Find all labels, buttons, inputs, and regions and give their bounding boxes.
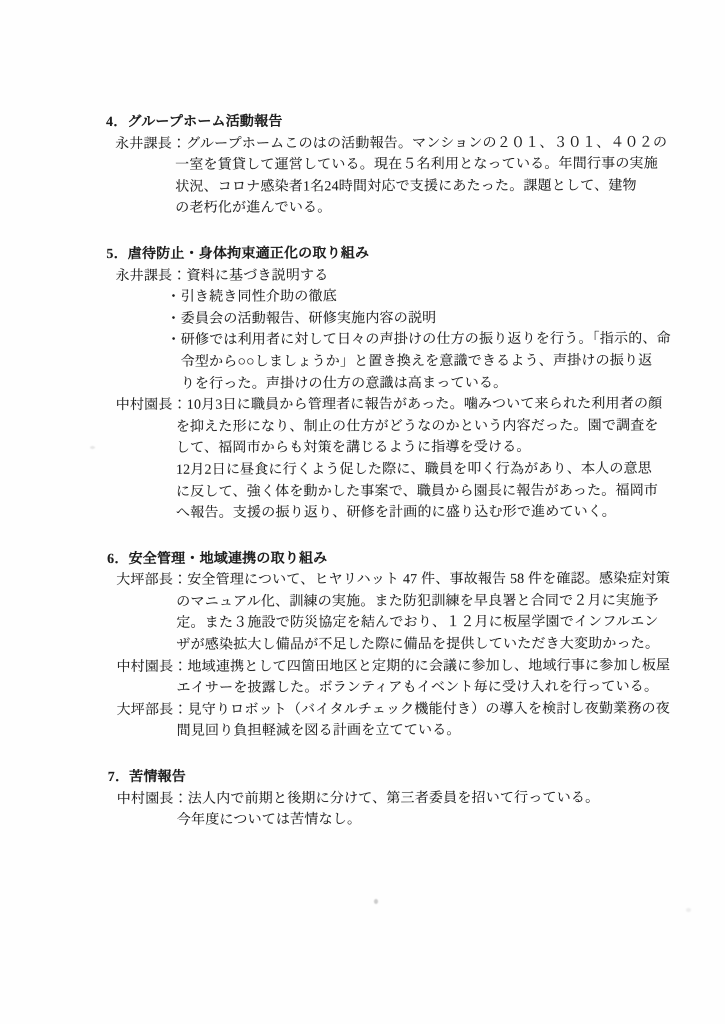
speaker-name: 大坪部長： bbox=[116, 573, 187, 588]
line-text: グループホームこのはの活動報告。マンションの２０１、３０１、４０２の bbox=[186, 135, 667, 151]
speaker-name: 中村園長： bbox=[116, 398, 187, 413]
continuation-line: 間見回り負担軽減を図る計画を立てている。 bbox=[117, 720, 687, 743]
section-heading: 5．虐待防止・身体拘束適正化の取り組み bbox=[106, 242, 685, 265]
continuation-line: 今年度については苦情なし。 bbox=[117, 809, 687, 832]
continuation-line: を抑えた形になり、制止の仕方がどうなのかという内容だった。園で調査を bbox=[116, 415, 686, 438]
continuation-line: 状況、コロナ感染者1名24時間対応で支援にあたった。課題として、建物 bbox=[115, 175, 685, 198]
document-page: 4．グループホーム活動報告永井課長：グループホームこのはの活動報告。マンションの… bbox=[0, 0, 725, 1024]
line-text: 10月3日に職員から管理者に報告があった。噛みついて来られた利用者の顔 bbox=[187, 397, 663, 413]
speaker-line: 中村園長：10月3日に職員から管理者に報告があった。噛みついて来られた利用者の顔 bbox=[116, 394, 686, 417]
speaker-line: 大坪部長：見守りロボット（バイタルチェック機能付き）の導入を検討し夜勤業務の夜 bbox=[117, 698, 687, 721]
section: 7．苦情報告中村園長：法人内で前期と後期に分けて、第三者委員を招いて行っている。… bbox=[108, 766, 687, 832]
section-heading: 4．グループホーム活動報告 bbox=[106, 110, 685, 133]
speaker-name: 永井課長： bbox=[115, 268, 186, 283]
section-heading: 6．安全管理・地域連携の取り組み bbox=[107, 547, 686, 570]
line-text: 安全管理について、ヒヤリハット 47 件、事故報告 58 件を確認。感染症対策 bbox=[187, 572, 670, 588]
scan-speck bbox=[686, 908, 691, 912]
bullet-icon: ・ bbox=[167, 312, 181, 327]
speaker-line: 永井課長：グループホームこのはの活動報告。マンションの２０１、３０１、４０２の bbox=[115, 132, 685, 155]
continuation-line: のマニュアル化、訓練の実施。また防犯訓練を早良署と合同で２月に実施予 bbox=[116, 590, 686, 613]
speaker-line: 中村園長：地域連携として四箇田地区と定期的に会議に参加し、地域行事に参加し板屋 bbox=[116, 655, 686, 678]
bullet-icon: ・ bbox=[166, 290, 180, 305]
continuation-line: 一室を賃貸して運営している。現在５名利用となっている。年間行事の実施 bbox=[115, 154, 685, 177]
continuation-line: に反して、強く体を動かした事案で、職員から園長に報告があった。福岡市 bbox=[116, 480, 686, 503]
continuation-line: して、福岡市からも対策を講じるように指導を受ける。 bbox=[116, 437, 686, 460]
section-heading: 7．苦情報告 bbox=[108, 766, 687, 789]
bullet-line: ・引き続き同性介助の徹底 bbox=[115, 286, 685, 309]
bullet-icon: ・ bbox=[167, 333, 181, 348]
minutes-content: 4．グループホーム活動報告永井課長：グループホームこのはの活動報告。マンションの… bbox=[106, 110, 687, 831]
line-text: 法人内で前期と後期に分けて、第三者委員を招いて行っている。 bbox=[188, 790, 600, 806]
line-text: 地域連携として四箇田地区と定期的に会議に参加し、地域行事に参加し板屋 bbox=[187, 658, 670, 674]
continuation-line: りを行った。声掛けの仕方の意識は高まっている。 bbox=[116, 372, 686, 395]
continuation-line: 令型から○○しましょうか」と置き換えを意識できるよう、声掛けの振り返 bbox=[116, 350, 686, 373]
bullet-line: ・研修では利用者に対して日々の声掛けの仕方の振り返りを行う。「指示的、命 bbox=[116, 329, 686, 352]
scan-speck bbox=[90, 446, 95, 449]
line-text: 見守りロボット（バイタルチェック機能付き）の導入を検討し夜勤業務の夜 bbox=[188, 701, 670, 717]
speaker-name: 永井課長： bbox=[115, 136, 186, 151]
section: 5．虐待防止・身体拘束適正化の取り組み永井課長：資料に基づき説明する・引き続き同… bbox=[106, 242, 686, 524]
speaker-name: 大坪部長： bbox=[117, 703, 188, 718]
line-text: 委員会の活動報告、研修実施内容の説明 bbox=[181, 311, 437, 327]
line-text: 引き続き同性介助の徹底 bbox=[181, 290, 337, 305]
section: 4．グループホーム活動報告永井課長：グループホームこのはの活動報告。マンションの… bbox=[106, 110, 685, 219]
continuation-line: 12月2日に昼食に行くよう促した際に、職員を叩く行為があり、本人の意思 bbox=[116, 458, 686, 481]
continuation-line: へ報告。支援の振り返り、研修を計画的に盛り込む形で進めていく。 bbox=[116, 502, 686, 525]
speaker-name: 中村園長： bbox=[117, 791, 188, 806]
continuation-line: ザが感染拡大し備品が不足した際に備品を提供していただき大変助かった。 bbox=[116, 634, 686, 657]
scan-speck bbox=[374, 899, 378, 904]
continuation-line: エイサーを披露した。ボランティアもイベント毎に受け入れを行っている。 bbox=[116, 677, 686, 700]
speaker-name: 中村園長： bbox=[116, 659, 187, 674]
speaker-line: 中村園長：法人内で前期と後期に分けて、第三者委員を招いて行っている。 bbox=[117, 787, 687, 810]
bullet-line: ・委員会の活動報告、研修実施内容の説明 bbox=[116, 307, 686, 330]
continuation-line: の老朽化が進んでいる。 bbox=[115, 197, 685, 220]
continuation-line: 定。また３施設で防災協定を結んでおり、１２月に板屋学園でインフルエン bbox=[116, 612, 686, 635]
line-text: 研修では利用者に対して日々の声掛けの仕方の振り返りを行う。「指示的、命 bbox=[181, 332, 671, 348]
speaker-line: 永井課長：資料に基づき説明する bbox=[115, 264, 685, 287]
line-text: 資料に基づき説明する bbox=[186, 268, 328, 283]
section: 6．安全管理・地域連携の取り組み大坪部長：安全管理について、ヒヤリハット 47 … bbox=[107, 547, 687, 743]
speaker-line: 大坪部長：安全管理について、ヒヤリハット 47 件、事故報告 58 件を確認。感… bbox=[116, 569, 686, 592]
